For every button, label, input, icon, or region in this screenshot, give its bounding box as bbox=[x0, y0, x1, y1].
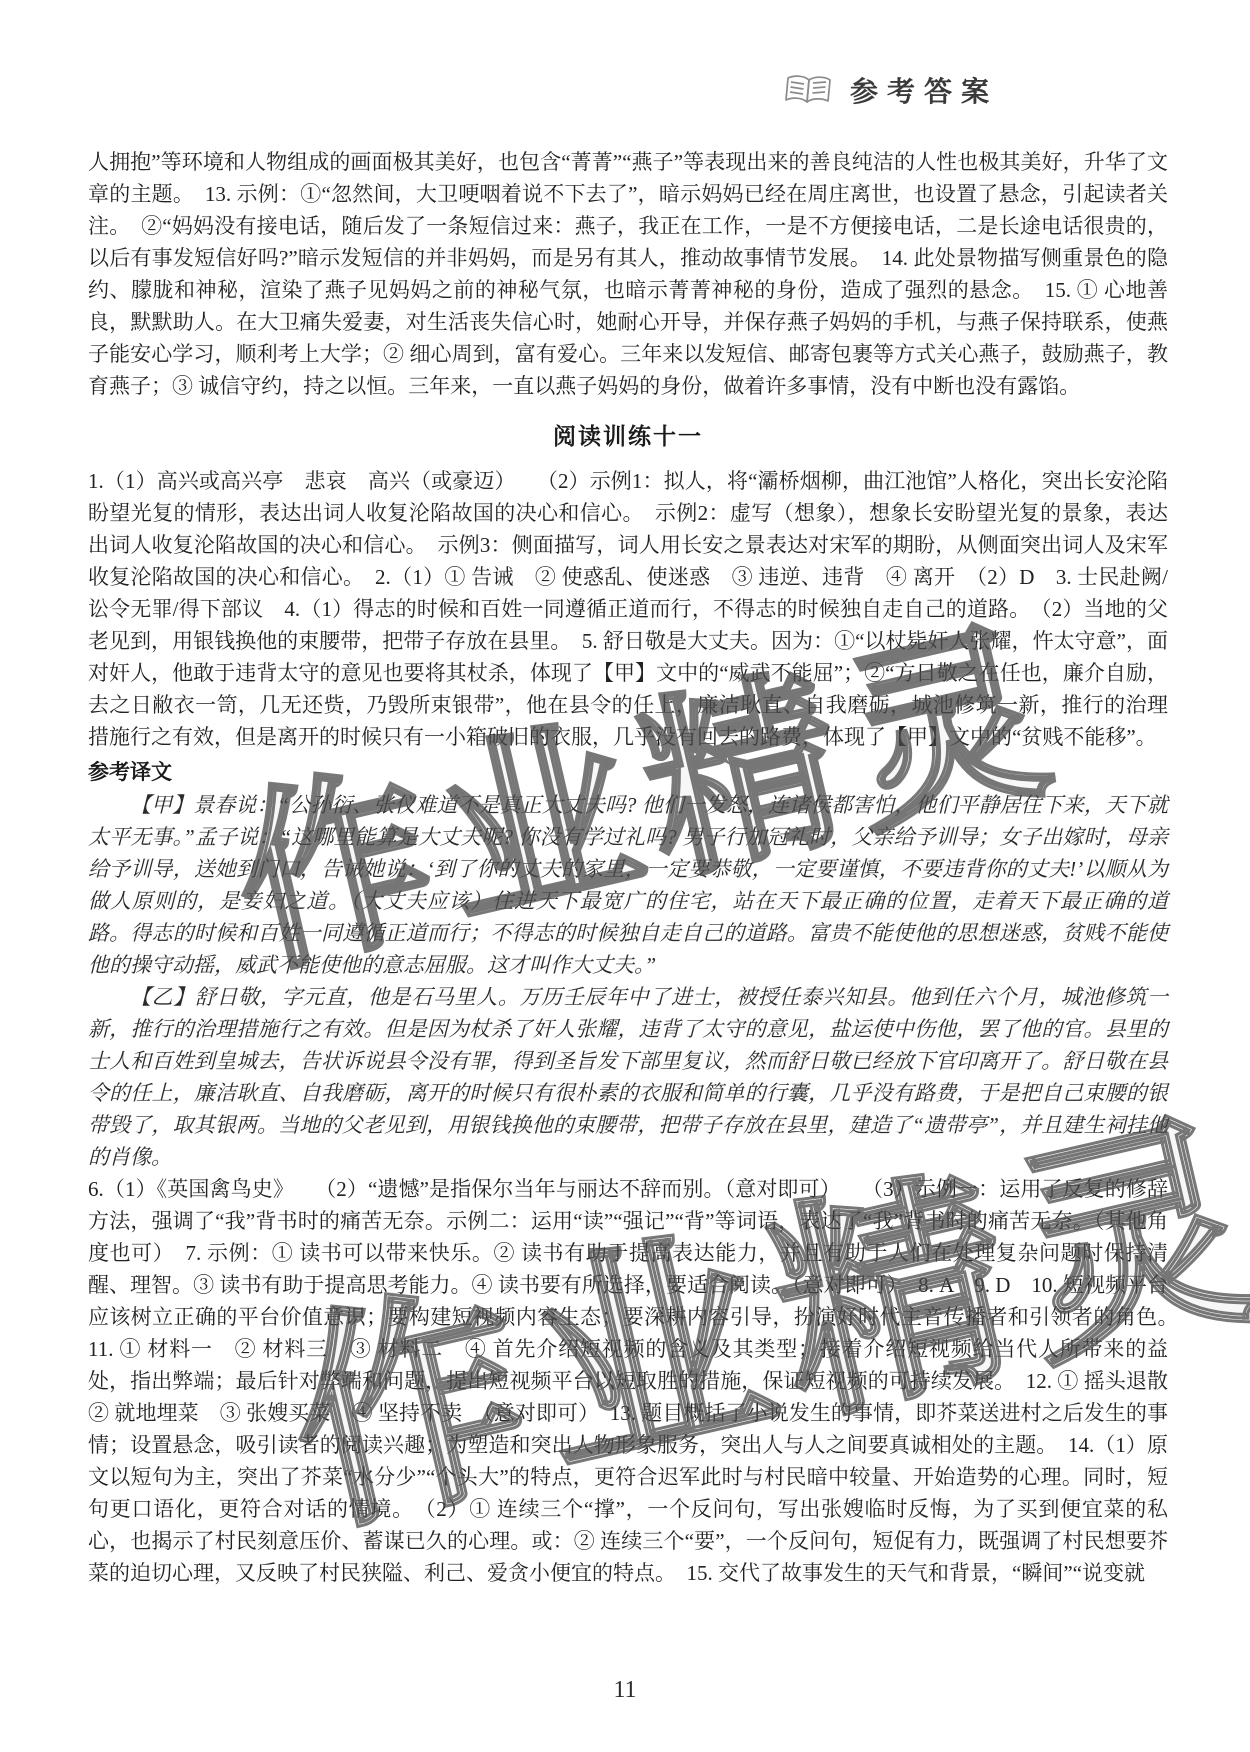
page-number: 11 bbox=[613, 1677, 636, 1703]
open-book-icon bbox=[782, 72, 834, 108]
main-text-column: 人拥抱”等环境和人物组成的画面极其美好，也包含“菁菁”“燕子”等表现出来的善良纯… bbox=[88, 146, 1168, 1589]
translation-paragraph-yi: 【乙】舒日敬，字元直，他是石马里人。万历壬辰年中了进士，被授任泰兴知县。他到任六… bbox=[88, 981, 1168, 1173]
translation-heading: 参考译文 bbox=[88, 755, 1168, 789]
page-header-title: 参考答案 bbox=[850, 70, 998, 110]
answers-paragraph-continued: 人拥抱”等环境和人物组成的画面极其美好，也包含“菁菁”“燕子”等表现出来的善良纯… bbox=[88, 146, 1168, 402]
translation-paragraph-jia: 【甲】景春说：“公孙衍、张仪难道不是真正大丈夫吗? 他们一发怒，连诸侯都害怕，他… bbox=[88, 789, 1168, 981]
unit-title: 阅读训练十一 bbox=[88, 418, 1168, 451]
page-header: 参考答案 bbox=[782, 70, 998, 110]
answer-key-page: 作业精灵 作业精灵 参考答案 人拥抱”等环境和人物组成的画面极其美好，也包含“菁… bbox=[0, 0, 1250, 1752]
page-footer: 11 bbox=[0, 1677, 1250, 1704]
answers-block-2: 6.（1）《英国禽鸟史》 （2）“遗憾”是指保尔当年与丽达不辞而别。（意对即可）… bbox=[88, 1173, 1168, 1589]
answers-block-1: 1.（1）高兴或高兴亭 悲哀 高兴（或豪迈） （2）示例1：拟人，将“灞桥烟柳，… bbox=[88, 465, 1168, 753]
